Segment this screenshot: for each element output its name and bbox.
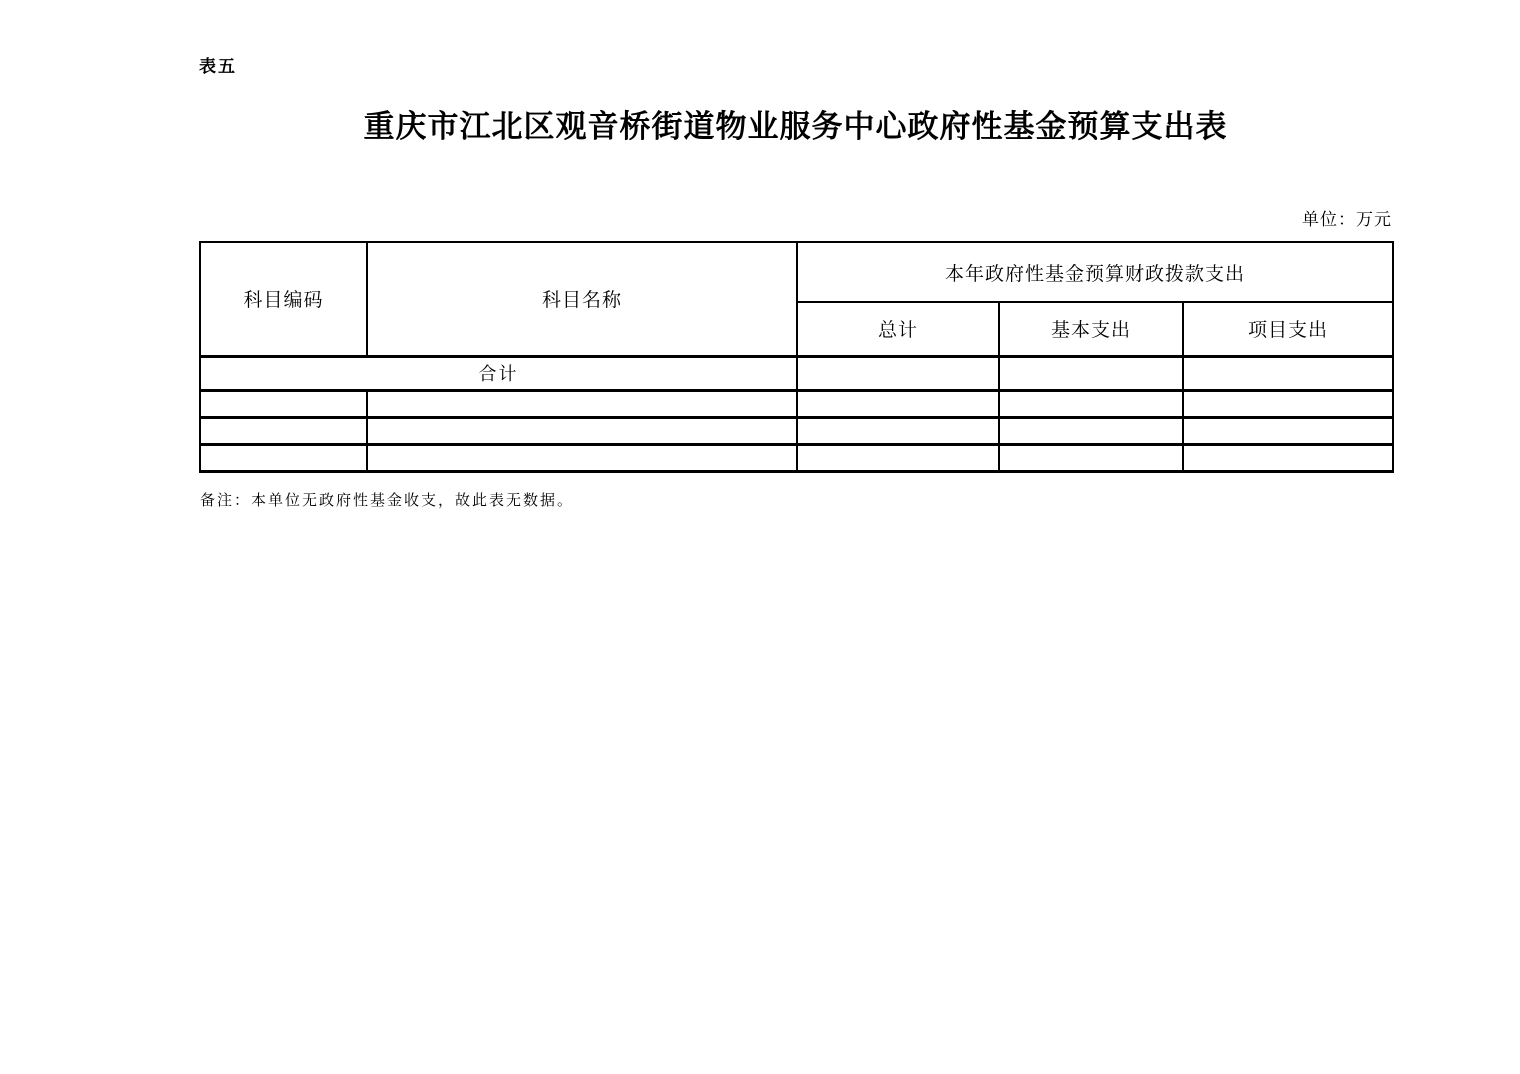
cell-subject-code <box>200 390 367 417</box>
cell-subject-code <box>200 417 367 444</box>
page-title: 重庆市江北区观音桥街道物业服务中心政府性基金预算支出表 <box>199 101 1392 146</box>
cell-basic <box>999 390 1183 417</box>
col-header-subject-code: 科目编码 <box>200 242 367 356</box>
col-header-project-expenditure: 项目支出 <box>1183 302 1393 356</box>
cell-total <box>797 390 999 417</box>
cell-project <box>1183 444 1393 471</box>
cell-basic <box>999 444 1183 471</box>
cell-total <box>797 444 999 471</box>
table-row <box>200 390 1393 417</box>
col-header-total: 总计 <box>797 302 999 356</box>
cell-project <box>1183 390 1393 417</box>
col-header-fund-expenditure-group: 本年政府性基金预算财政拨款支出 <box>797 242 1393 302</box>
cell-project <box>1183 417 1393 444</box>
cell-subject-name <box>367 417 797 444</box>
total-row-basic-cell <box>999 356 1183 390</box>
header-row-group: 科目编码 科目名称 本年政府性基金预算财政拨款支出 <box>200 242 1393 302</box>
footnote: 备注：本单位无政府性基金收支，故此表无数据。 <box>200 489 574 510</box>
cell-subject-name <box>367 444 797 471</box>
table-row-total: 合计 <box>200 356 1393 390</box>
table-row <box>200 444 1393 471</box>
cell-subject-name <box>367 390 797 417</box>
total-row-project-cell <box>1183 356 1393 390</box>
total-row-total-cell <box>797 356 999 390</box>
col-header-subject-name: 科目名称 <box>367 242 797 356</box>
unit-note: 单位：万元 <box>199 205 1392 230</box>
cell-total <box>797 417 999 444</box>
budget-table: 科目编码 科目名称 本年政府性基金预算财政拨款支出 总计 基本支出 项目支出 合… <box>199 241 1394 473</box>
table-row <box>200 417 1393 444</box>
document-page: 表五 重庆市江北区观音桥街道物业服务中心政府性基金预算支出表 单位：万元 科目编… <box>0 0 1520 1074</box>
total-row-label: 合计 <box>200 356 797 390</box>
sheet-label: 表五 <box>199 52 237 77</box>
col-header-basic-expenditure: 基本支出 <box>999 302 1183 356</box>
cell-subject-code <box>200 444 367 471</box>
cell-basic <box>999 417 1183 444</box>
